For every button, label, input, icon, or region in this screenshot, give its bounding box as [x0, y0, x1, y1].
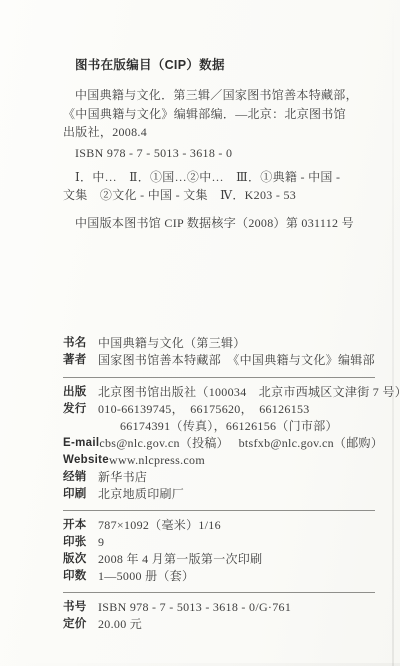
row-value: 中国典籍与文化（第三辑）	[98, 335, 246, 353]
row-label: 印张	[63, 534, 98, 551]
row-value-continuation: 66174391（传真），66126156（门市部）	[120, 418, 338, 435]
row-value: 2008 年 4 月第一版第一次印刷	[98, 551, 262, 568]
colophon-section-publisher: 出版 北京图书馆出版社（100034 北京市西城区文津街 7 号） 发行 010…	[63, 384, 374, 503]
row-label: 出版	[63, 384, 98, 401]
colophon-section-title: 书名 中国典籍与文化（第三辑） 著者 国家图书馆善本特藏部 《中国典籍与文化》编…	[63, 335, 374, 370]
row-value: www.nlcpress.com	[109, 452, 205, 469]
colophon-row-email: E-mail cbs@nlc.gov.cn（投稿） btsfxb@nlc.gov…	[63, 435, 374, 452]
colophon-row-edition: 版次 2008 年 4 月第一版第一次印刷	[63, 551, 374, 568]
book-page: 图书在版编目（CIP）数据 中国典籍与文化．第三辑／国家图书馆善本特藏部， 《中…	[0, 0, 400, 666]
classification-line: Ⅰ．中… Ⅱ．①国…②中… Ⅲ．①典籍 - 中国 -	[63, 168, 374, 187]
colophon-section-price: 书号 ISBN 978 - 7 - 5013 - 3618 - 0/G·761 …	[63, 599, 374, 633]
row-value: cbs@nlc.gov.cn（投稿） btsfxb@nlc.gov.cn（邮购）	[99, 435, 383, 452]
colophon-row-publisher: 出版 北京图书馆出版社（100034 北京市西城区文津街 7 号）	[63, 384, 374, 401]
row-label: Website	[63, 452, 109, 469]
cip-heading: 图书在版编目（CIP）数据	[63, 57, 374, 73]
row-value: 20.00 元	[98, 616, 142, 633]
divider-rule	[63, 510, 375, 511]
colophon-row-author: 著者 国家图书馆善本特藏部 《中国典籍与文化》编辑部	[63, 352, 374, 370]
row-label: 定价	[63, 616, 98, 633]
cip-record-number: 中国版本图书馆 CIP 数据核字（2008）第 031112 号	[63, 214, 374, 232]
row-value: 787×1092（毫米）1/16	[98, 517, 221, 534]
colophon-table: 书名 中国典籍与文化（第三辑） 著者 国家图书馆善本特藏部 《中国典籍与文化》编…	[63, 335, 374, 633]
row-value: 北京地质印刷厂	[98, 486, 184, 503]
divider-rule	[63, 592, 375, 593]
cip-description-line: 《中国典籍与文化》编辑部编．—北京：北京图书馆	[63, 105, 374, 124]
row-label: 版次	[63, 551, 98, 568]
row-label: 印数	[63, 568, 98, 585]
colophon-section-specs: 开本 787×1092（毫米）1/16 印张 9 版次 2008 年 4 月第一…	[63, 517, 374, 585]
colophon-row-price: 定价 20.00 元	[63, 616, 374, 633]
row-value: ISBN 978 - 7 - 5013 - 3618 - 0/G·761	[98, 599, 291, 616]
isbn-line: ISBN 978 - 7 - 5013 - 3618 - 0	[63, 144, 374, 162]
divider-rule	[63, 377, 375, 378]
cip-description-line: 中国典籍与文化．第三辑／国家图书馆善本特藏部，	[63, 86, 374, 105]
colophon-row-format: 开本 787×1092（毫米）1/16	[63, 517, 374, 534]
colophon-row-printer: 印刷 北京地质印刷厂	[63, 486, 374, 503]
row-label: 书号	[63, 599, 98, 616]
cip-classification: Ⅰ．中… Ⅱ．①国…②中… Ⅲ．①典籍 - 中国 - 文集 ②文化 - 中国 -…	[63, 168, 374, 205]
colophon-row-distribution-cont: 66174391（传真），66126156（门市部）	[63, 418, 374, 435]
row-label: 著者	[63, 352, 98, 370]
row-label: 经销	[63, 469, 98, 486]
colophon-row-title: 书名 中国典籍与文化（第三辑）	[63, 335, 374, 353]
row-label: 印刷	[63, 486, 98, 503]
cip-description-paragraph: 中国典籍与文化．第三辑／国家图书馆善本特藏部， 《中国典籍与文化》编辑部编．—北…	[63, 86, 374, 142]
cip-description-line: 出版社，2008.4	[63, 123, 374, 142]
colophon-row-retailer: 经销 新华书店	[63, 469, 374, 486]
colophon-row-book-number: 书号 ISBN 978 - 7 - 5013 - 3618 - 0/G·761	[63, 599, 374, 616]
row-value: 9	[98, 534, 104, 551]
row-label: 发行	[63, 401, 98, 418]
colophon-row-sheets: 印张 9	[63, 534, 374, 551]
row-value: 010-66139745， 66175620， 66126153	[98, 401, 310, 418]
colophon-row-print-run: 印数 1—5000 册（套）	[63, 568, 374, 585]
row-label: 开本	[63, 517, 98, 534]
row-label: 书名	[63, 335, 98, 353]
book-copyright-page-photo: 图书在版编目（CIP）数据 中国典籍与文化．第三辑／国家图书馆善本特藏部， 《中…	[0, 0, 400, 666]
page-edge-shadow	[392, 0, 394, 666]
row-value: 新华书店	[98, 469, 147, 486]
row-value: 1—5000 册（套）	[98, 568, 194, 585]
row-label: E-mail	[63, 435, 99, 452]
classification-line: 文集 ②文化 - 中国 - 文集 Ⅳ．K203 - 53	[63, 186, 374, 205]
row-value: 国家图书馆善本特藏部 《中国典籍与文化》编辑部	[98, 352, 375, 370]
colophon-row-distribution: 发行 010-66139745， 66175620， 66126153	[63, 401, 374, 418]
colophon-row-website: Website www.nlcpress.com	[63, 452, 374, 469]
row-value: 北京图书馆出版社（100034 北京市西城区文津街 7 号）	[98, 384, 400, 401]
